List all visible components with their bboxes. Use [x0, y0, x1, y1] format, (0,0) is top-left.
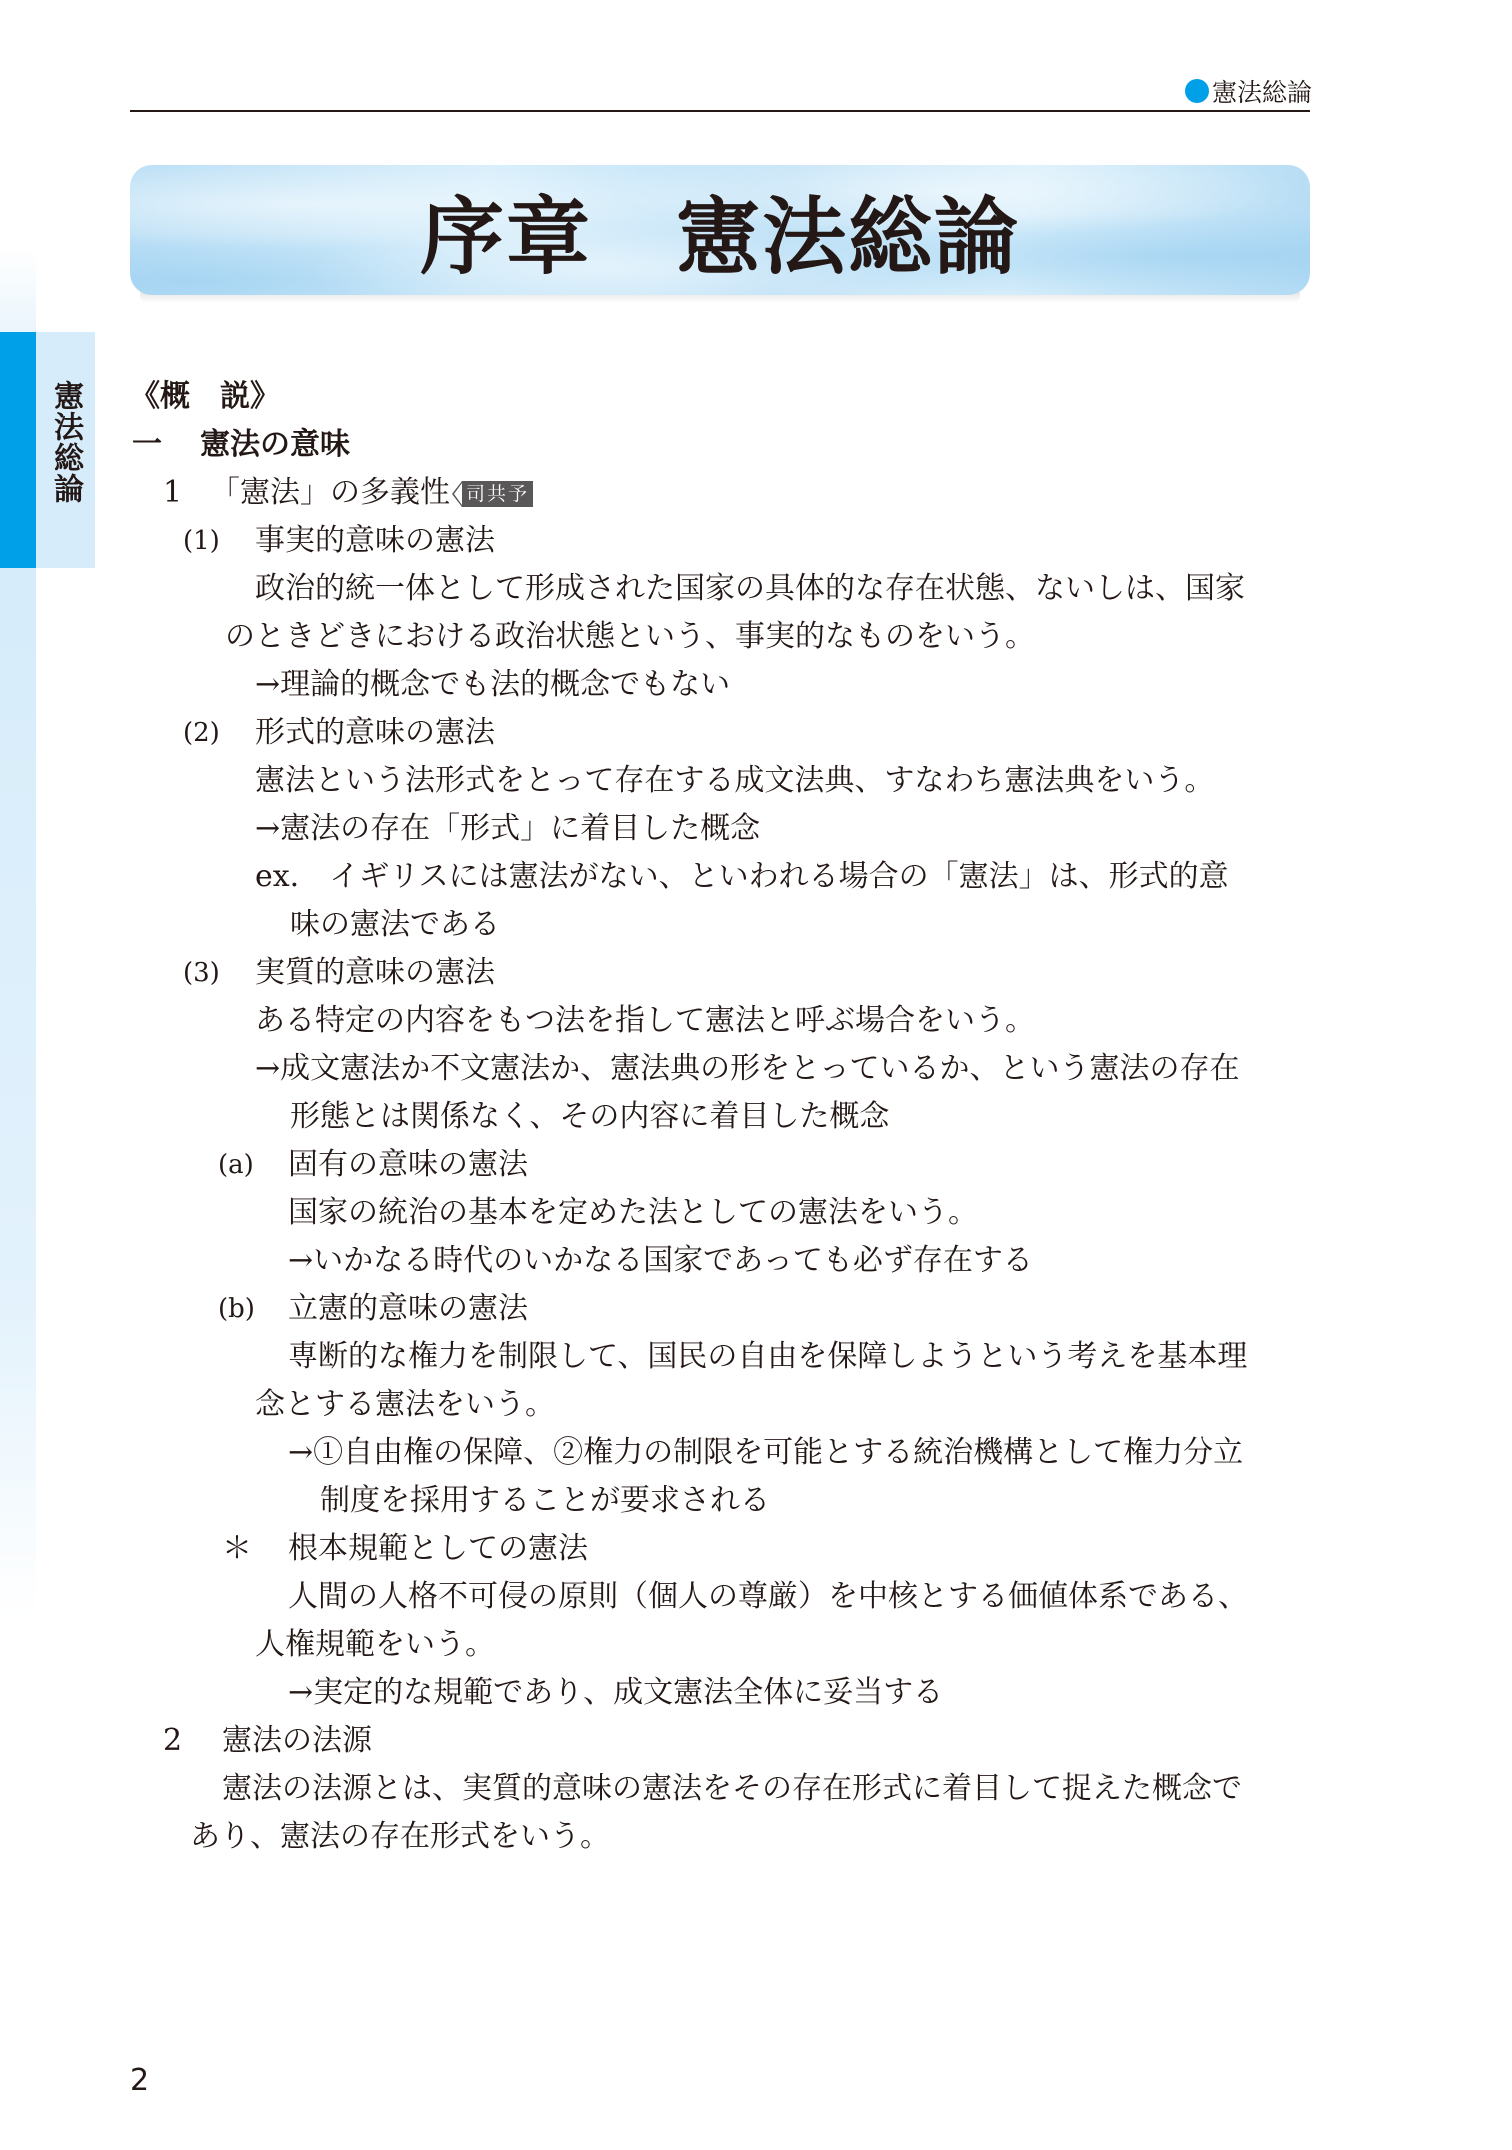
item-title: 形式的意味の憲法 [255, 715, 495, 751]
subsection-text: 憲法の法源とは、実質的意味の憲法をその存在形式に着目して捉えた概念で [222, 1771, 1242, 1807]
item-text: 念とする憲法をいう。 [255, 1387, 555, 1423]
subsection-title: 「憲法」の多義性司共予 [210, 475, 533, 511]
item-text: →成文憲法か不文憲法か、憲法典の形をとっているか、という憲法の存在 [255, 1051, 1240, 1087]
item-title: 実質的意味の憲法 [255, 955, 495, 991]
note-text: →実定的な規範であり、成文憲法全体に妥当する [288, 1675, 943, 1711]
item-marker: (a) [218, 1147, 254, 1183]
side-gradient-top [0, 248, 36, 332]
item-text: 味の憲法である [290, 907, 500, 943]
chapter-name: 憲法総論 [676, 188, 1020, 286]
running-head: 憲法総論 [1185, 73, 1312, 109]
chapter-number: 序章 [420, 188, 592, 286]
item-marker: (3) [183, 955, 220, 991]
note-title: 根本規範としての憲法 [288, 1531, 588, 1567]
badge-arrow-icon [452, 481, 462, 507]
exam-badge-label: 司共予 [462, 481, 533, 507]
item-text: ある特定の内容をもつ法を指して憲法と呼ぶ場合をいう。 [255, 1003, 1035, 1039]
section-marker: 一 [132, 427, 162, 463]
note-text: 人権規範をいう。 [255, 1627, 495, 1663]
side-gradient-bottom [0, 568, 36, 1618]
item-text: →理論的概念でも法的概念でもない [255, 667, 730, 703]
page-number: 2 [130, 2063, 149, 2098]
item-marker: (1) [183, 523, 220, 559]
side-tab-accent [0, 332, 36, 568]
item-title: 立憲的意味の憲法 [288, 1291, 528, 1327]
item-text: 形態とは関係なく、その内容に着目した概念 [290, 1099, 889, 1135]
subsection-title-text: 「憲法」の多義性 [210, 475, 450, 510]
item-text: 制度を採用することが要求される [320, 1483, 770, 1519]
item-text: →①自由権の保障、②権力の制限を可能とする統治機構として権力分立 [288, 1435, 1243, 1471]
exam-badge: 司共予 [452, 481, 533, 507]
item-title: 事実的意味の憲法 [255, 523, 495, 559]
item-text: →いかなる時代のいかなる国家であっても必ず存在する [288, 1243, 1033, 1279]
subsection-marker: 2 [163, 1723, 182, 1759]
chapter-banner: 序章憲法総論 [130, 165, 1310, 295]
note-text: 人間の人格不可侵の原則（個人の尊厳）を中核とする価値体系である、 [288, 1579, 1248, 1615]
overview-heading: 《概 説》 [130, 379, 280, 415]
item-text: →憲法の存在「形式」に着目した概念 [255, 811, 760, 847]
item-text: 政治的統一体として形成された国家の具体的な存在状態、ないしは、国家 [255, 571, 1245, 607]
header-rule [130, 110, 1310, 112]
chapter-title: 序章憲法総論 [420, 170, 1020, 291]
item-marker: (b) [218, 1291, 255, 1327]
item-text: 国家の統治の基本を定めた法としての憲法をいう。 [288, 1195, 978, 1231]
item-text: のときどきにおける政治状態という、事実的なものをいう。 [225, 619, 1035, 655]
subsection-text: あり、憲法の存在形式をいう。 [190, 1819, 610, 1855]
bullet-dot-icon [1185, 79, 1209, 103]
side-tab-label: 憲法総論 [36, 380, 95, 504]
item-title: 固有の意味の憲法 [288, 1147, 528, 1183]
note-marker: ＊ [222, 1531, 252, 1567]
item-marker: (2) [183, 715, 220, 751]
subsection-marker: 1 [163, 475, 182, 511]
subsection-title: 憲法の法源 [222, 1723, 372, 1759]
item-text: ex. イギリスには憲法がない、といわれる場合の「憲法」は、形式的意 [255, 859, 1229, 895]
section-title: 憲法の意味 [200, 427, 350, 463]
item-text: 専断的な権力を制限して、国民の自由を保障しようという考えを基本理 [288, 1339, 1247, 1375]
item-text: 憲法という法形式をとって存在する成文法典、すなわち憲法典をいう。 [255, 763, 1214, 799]
running-head-label: 憲法総論 [1212, 73, 1312, 109]
